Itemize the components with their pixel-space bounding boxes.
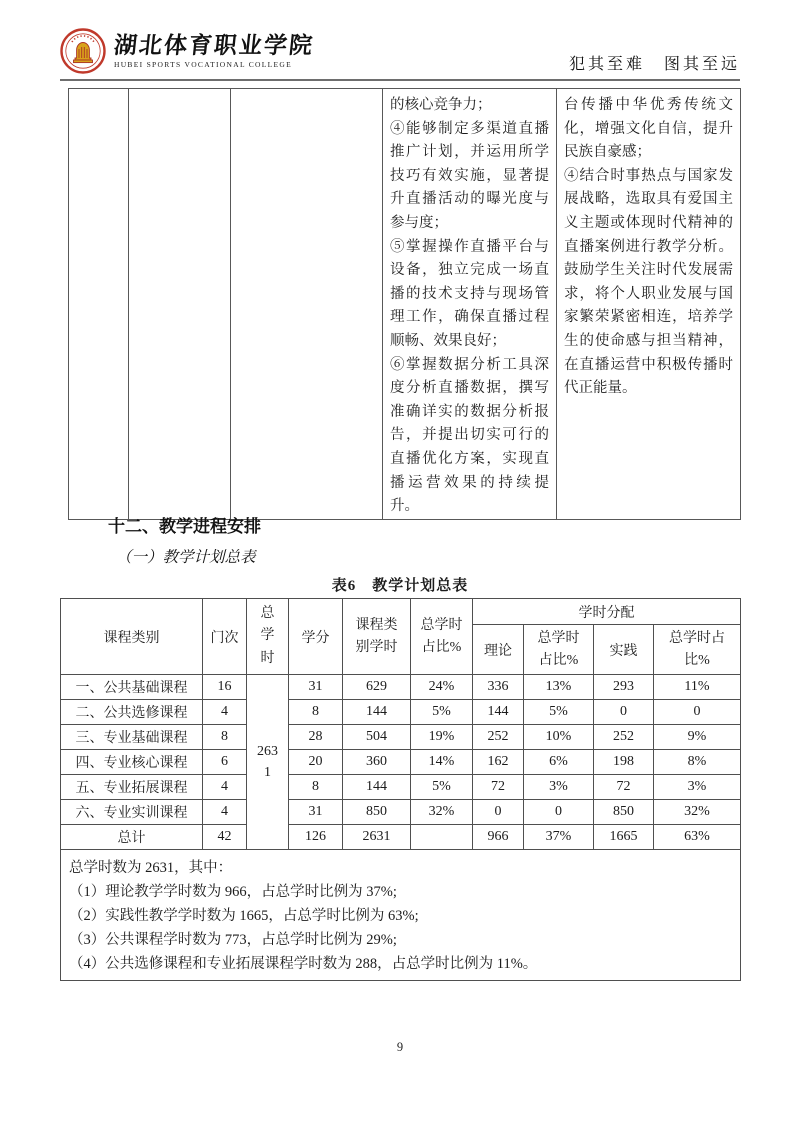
cell-theory: 144	[473, 700, 524, 725]
header-credits: 学分	[289, 599, 343, 675]
cell-practice-percent: 3%	[654, 775, 741, 800]
cell-category: 三、专业基础课程	[61, 725, 203, 750]
cell-category: 总计	[61, 825, 203, 850]
table-total-row: 总计 42 126 2631 966 37% 1665 63%	[61, 825, 741, 850]
subheader-practice: 实践	[594, 625, 654, 675]
cell-credits: 28	[289, 725, 343, 750]
continuation-cell-ideology-goals: 台传播中华优秀传统文化，增强文化自信，提升民族自豪感； ④结合时事热点与国家发展…	[557, 89, 741, 520]
table-row: 三、专业基础课程 8 28 504 19% 252 10% 252 9%	[61, 725, 741, 750]
college-name-zh: 湖北体育职业学院	[113, 33, 316, 58]
cell-hours: 504	[343, 725, 411, 750]
page-header: 湖北体育职业学院 HUBEI SPORTS VOCATIONAL COLLEGE…	[60, 28, 740, 78]
cell-theory-percent: 0	[524, 800, 594, 825]
cell-count: 4	[203, 700, 247, 725]
cell-theory-percent: 6%	[524, 750, 594, 775]
cell-theory-percent: 5%	[524, 700, 594, 725]
header-course-count: 门次	[203, 599, 247, 675]
cell-credits: 31	[289, 800, 343, 825]
college-seal-icon	[60, 28, 106, 74]
table-notes-cell: 总学时数为 2631，其中： （1）理论教学学时数为 966，占总学时比例为 3…	[61, 850, 741, 981]
cell-percent: 32%	[411, 800, 473, 825]
cell-percent: 5%	[411, 775, 473, 800]
cell-count: 16	[203, 675, 247, 700]
note-line: （3）公共课程学时数为 773，占总学时比例为 29%;	[69, 928, 732, 952]
cell-percent: 14%	[411, 750, 473, 775]
cell-hours: 144	[343, 775, 411, 800]
cell-count: 4	[203, 775, 247, 800]
ideology-goal-paragraph: ④结合时事热点与国家发展战略，选取具有爱国主义主题或体现时代精神的直播案例进行教…	[564, 165, 733, 401]
cell-percent: 24%	[411, 675, 473, 700]
course-objectives-continuation-table: 的核心竞争力； ④能够制定多渠道直播推广计划，并运用所学技巧有效实施，显著提升直…	[68, 88, 741, 520]
skill-goal-paragraph: ④能够制定多渠道直播推广计划，并运用所学技巧有效实施，显著提升直播活动的曝光度与…	[390, 118, 549, 236]
subheader-theory-percent: 总学时占比%	[524, 625, 594, 675]
cell-practice: 293	[594, 675, 654, 700]
continuation-cell-skill-goals: 的核心竞争力； ④能够制定多渠道直播推广计划，并运用所学技巧有效实施，显著提升直…	[383, 89, 557, 520]
skill-goal-paragraph: 的核心竞争力；	[390, 94, 549, 118]
note-line: 总学时数为 2631，其中：	[69, 856, 732, 880]
cell-hours: 360	[343, 750, 411, 775]
cell-theory: 0	[473, 800, 524, 825]
header-hours-percent: 总学时占比%	[411, 599, 473, 675]
header-course-category: 课程类别	[61, 599, 203, 675]
cell-credits: 8	[289, 700, 343, 725]
header-category-hours: 课程类别学时	[343, 599, 411, 675]
section-heading: 十二、教学进程安排	[108, 512, 261, 537]
continuation-cell-empty-3	[231, 89, 383, 520]
skill-goal-paragraph: ⑤掌握操作直播平台与设备，独立完成一场直播的技术支持与现场管理工作，确保直播过程…	[390, 236, 549, 354]
note-line: （1）理论教学学时数为 966，占总学时比例为 37%;	[69, 880, 732, 904]
continuation-cell-empty-1	[69, 89, 129, 520]
cell-theory-percent: 3%	[524, 775, 594, 800]
cell-percent: 19%	[411, 725, 473, 750]
college-motto: 犯其至难 图其至远	[569, 51, 740, 74]
cell-theory-percent: 37%	[524, 825, 594, 850]
cell-credits: 20	[289, 750, 343, 775]
teaching-plan-table: 课程类别 门次 总学时 学分 课程类别学时 总学时占比% 学时分配 理论 总学时…	[60, 598, 741, 981]
cell-category: 一、公共基础课程	[61, 675, 203, 700]
note-line: （4）公共选修课程和专业拓展课程学时数为 288，占总学时比例为 11%。	[69, 952, 732, 976]
cell-category: 五、专业拓展课程	[61, 775, 203, 800]
cell-theory: 336	[473, 675, 524, 700]
cell-theory-percent: 13%	[524, 675, 594, 700]
skill-goal-paragraph: ⑥掌握数据分析工具深度分析直播数据，撰写准确详实的数据分析报告，并提出切实可行的…	[390, 354, 549, 519]
cell-practice: 252	[594, 725, 654, 750]
cell-hours: 850	[343, 800, 411, 825]
document-page: 湖北体育职业学院 HUBEI SPORTS VOCATIONAL COLLEGE…	[0, 0, 800, 1131]
table-caption: 表6 教学计划总表	[60, 574, 740, 595]
table-row: 一、公共基础课程 16 2631 31 629 24% 336 13% 293 …	[61, 675, 741, 700]
cell-theory: 72	[473, 775, 524, 800]
cell-count: 6	[203, 750, 247, 775]
ideology-goal-paragraph: 台传播中华优秀传统文化，增强文化自信，提升民族自豪感；	[564, 94, 733, 165]
cell-hours: 629	[343, 675, 411, 700]
cell-count: 4	[203, 800, 247, 825]
page-number: 9	[0, 1040, 800, 1055]
cell-theory: 162	[473, 750, 524, 775]
cell-practice-percent: 63%	[654, 825, 741, 850]
cell-count: 42	[203, 825, 247, 850]
subheader-practice-percent: 总学时占比%	[654, 625, 741, 675]
table-row: 四、专业核心课程 6 20 360 14% 162 6% 198 8%	[61, 750, 741, 775]
header-total-hours: 总学时	[247, 599, 289, 675]
cell-category: 六、专业实训课程	[61, 800, 203, 825]
cell-practice-percent: 9%	[654, 725, 741, 750]
section-subheading: （一）教学计划总表	[116, 545, 256, 567]
subheader-theory: 理论	[473, 625, 524, 675]
note-line: （2）实践性教学学时数为 1665，占总学时比例为 63%;	[69, 904, 732, 928]
cell-practice-percent: 32%	[654, 800, 741, 825]
table-row: 五、专业拓展课程 4 8 144 5% 72 3% 72 3%	[61, 775, 741, 800]
cell-practice-percent: 0	[654, 700, 741, 725]
cell-category: 四、专业核心课程	[61, 750, 203, 775]
cell-percent	[411, 825, 473, 850]
cell-credits: 31	[289, 675, 343, 700]
table-row: 六、专业实训课程 4 31 850 32% 0 0 850 32%	[61, 800, 741, 825]
cell-practice: 198	[594, 750, 654, 775]
cell-hours: 144	[343, 700, 411, 725]
cell-practice: 0	[594, 700, 654, 725]
cell-credits: 126	[289, 825, 343, 850]
cell-practice: 850	[594, 800, 654, 825]
header-divider	[60, 79, 740, 81]
cell-practice: 72	[594, 775, 654, 800]
cell-theory-percent: 10%	[524, 725, 594, 750]
table-row: 二、公共选修课程 4 8 144 5% 144 5% 0 0	[61, 700, 741, 725]
cell-percent: 5%	[411, 700, 473, 725]
table-notes-row: 总学时数为 2631，其中： （1）理论教学学时数为 966，占总学时比例为 3…	[61, 850, 741, 981]
cell-theory: 966	[473, 825, 524, 850]
cell-total-hours-merged: 2631	[247, 675, 289, 850]
cell-credits: 8	[289, 775, 343, 800]
cell-hours: 2631	[343, 825, 411, 850]
college-name-en: HUBEI SPORTS VOCATIONAL COLLEGE	[114, 60, 314, 69]
cell-count: 8	[203, 725, 247, 750]
cell-practice-percent: 8%	[654, 750, 741, 775]
college-title-block: 湖北体育职业学院 HUBEI SPORTS VOCATIONAL COLLEGE	[114, 33, 314, 69]
header-hours-allocation: 学时分配	[473, 599, 741, 625]
college-brand: 湖北体育职业学院 HUBEI SPORTS VOCATIONAL COLLEGE	[60, 28, 314, 74]
cell-theory: 252	[473, 725, 524, 750]
continuation-cell-empty-2	[129, 89, 231, 520]
cell-practice-percent: 11%	[654, 675, 741, 700]
cell-category: 二、公共选修课程	[61, 700, 203, 725]
cell-practice: 1665	[594, 825, 654, 850]
